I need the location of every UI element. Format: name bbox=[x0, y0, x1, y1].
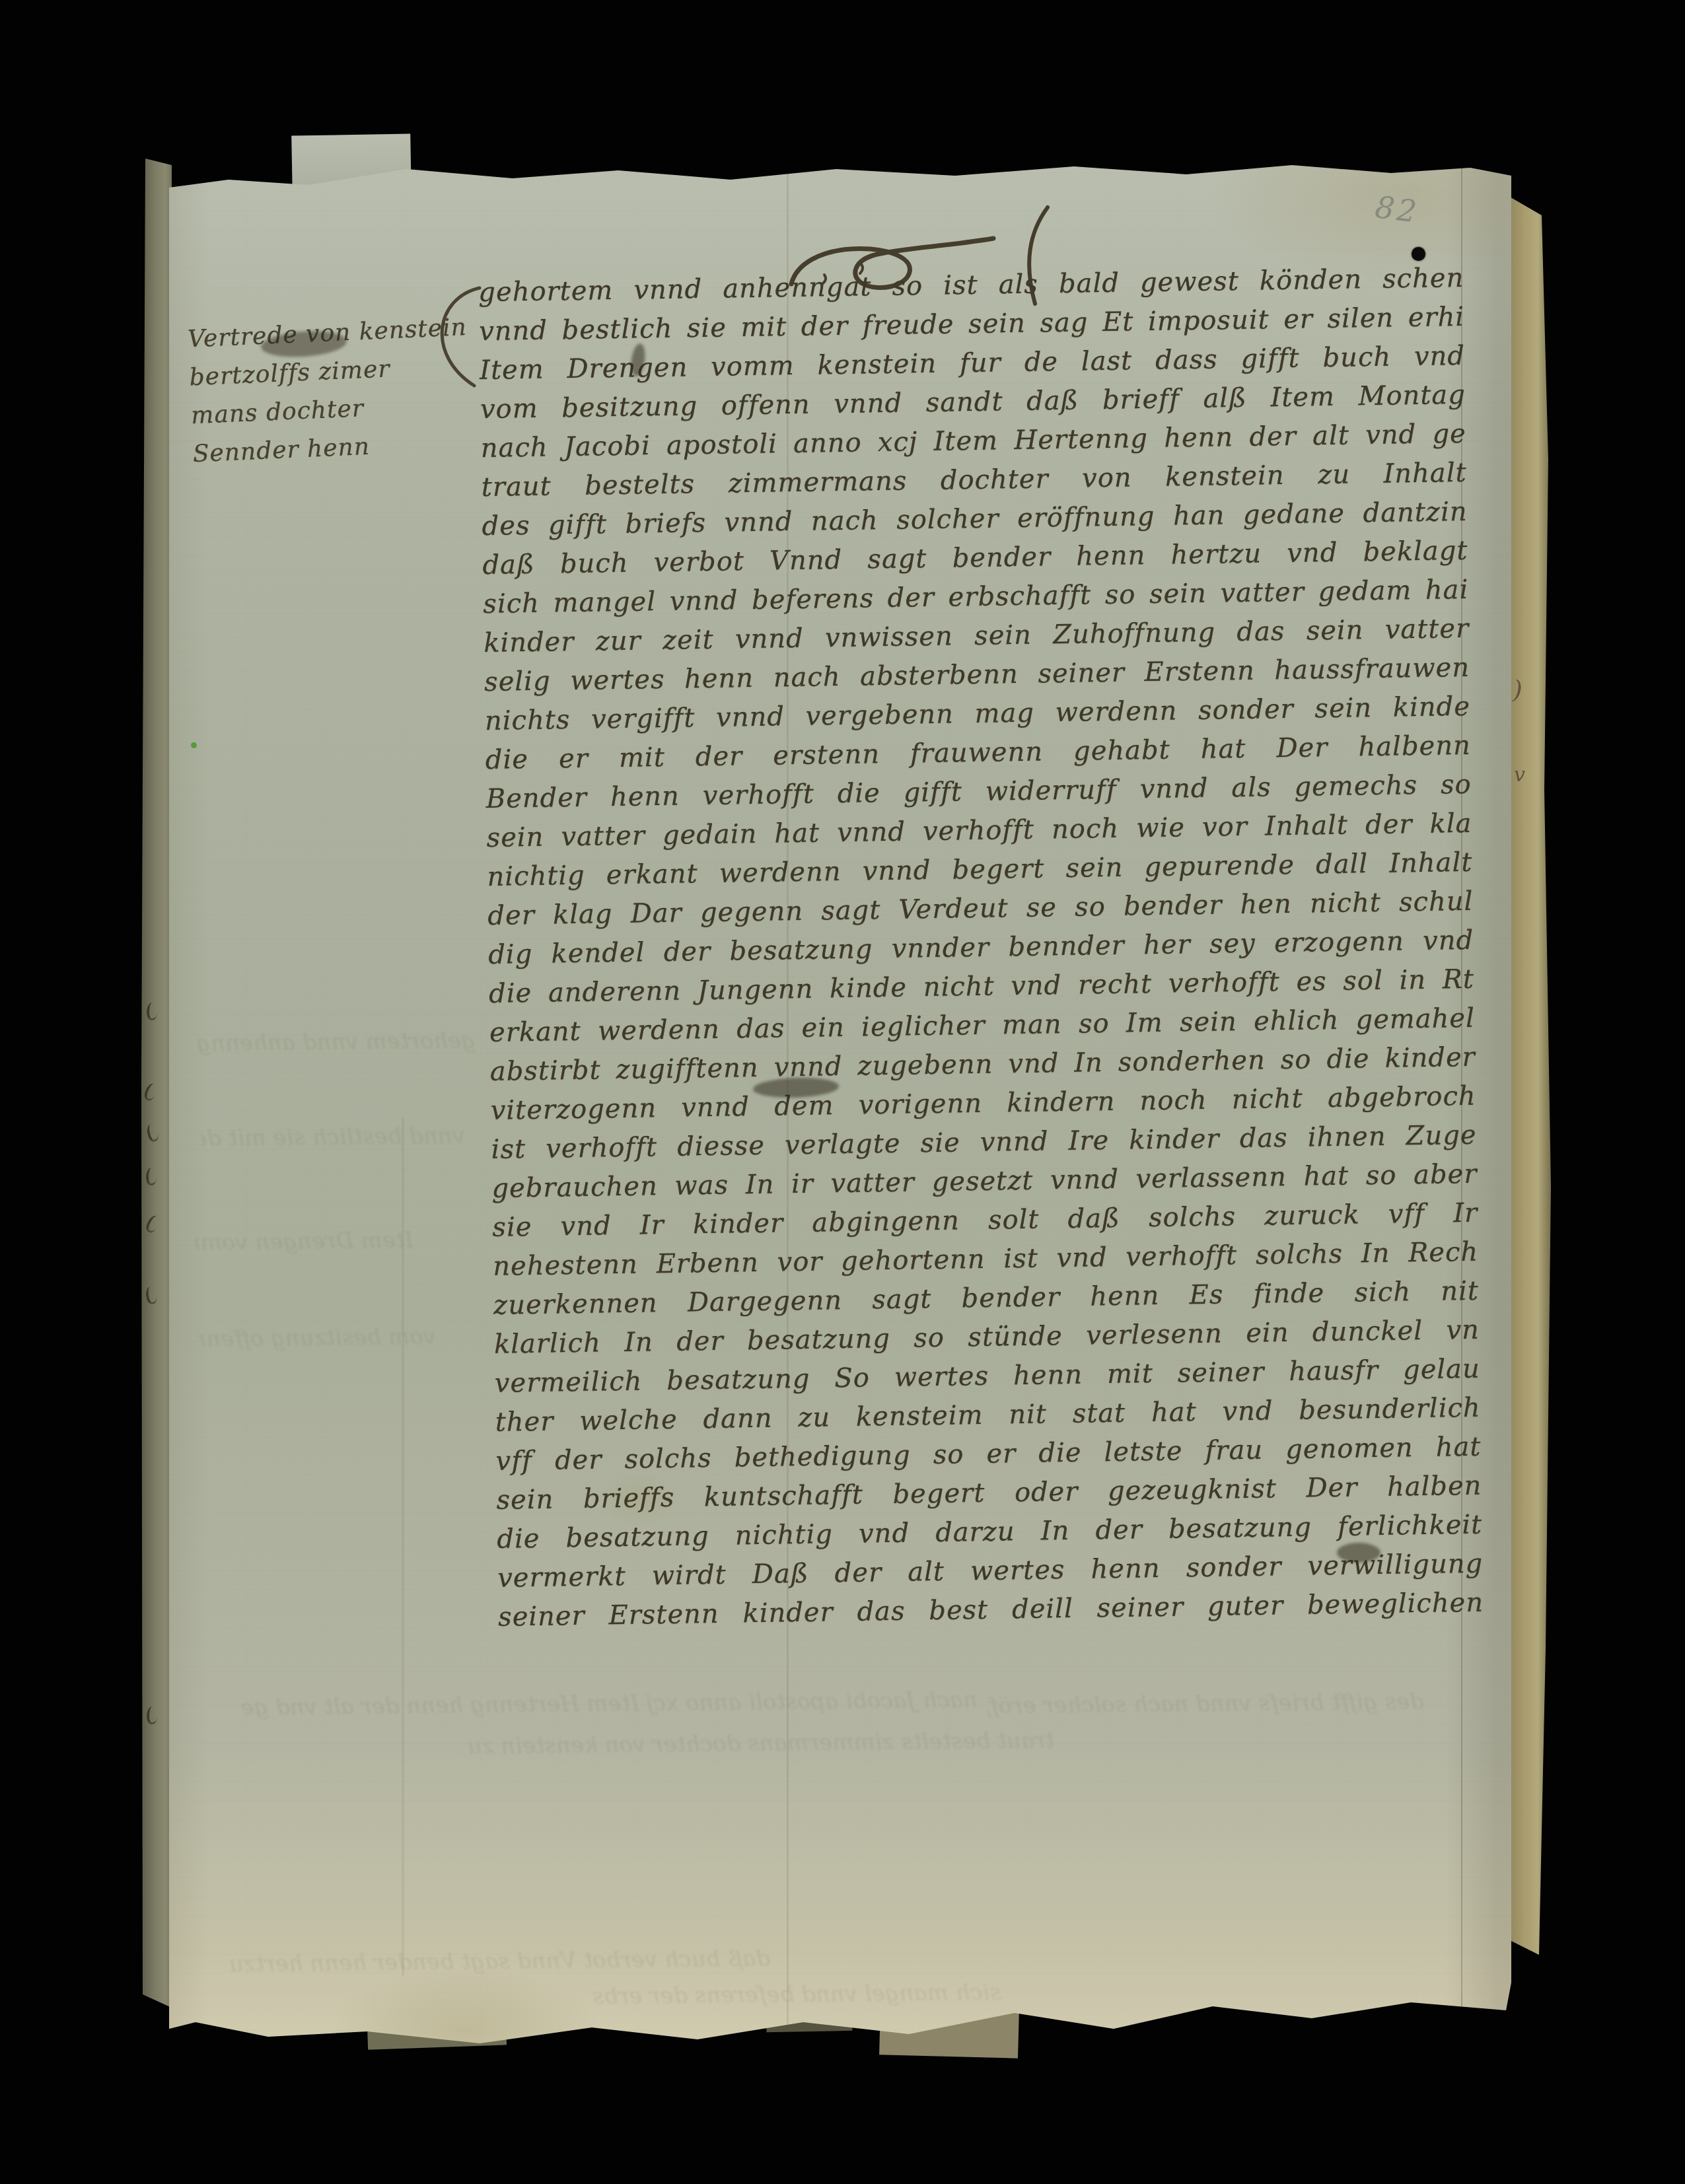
edge-ink-mark bbox=[145, 1123, 160, 1143]
bleedthrough-mark: Item Drengen vomm kenstein fur de last d… bbox=[196, 1227, 413, 1259]
manuscript-page: 82 Vertrede von kensteinbertzolffs zimer… bbox=[169, 153, 1511, 2050]
right-margin-paren-mark: ) bbox=[1513, 675, 1523, 704]
bleedthrough-mark: vnnd bestlich sie mit der freude sein sa… bbox=[201, 1123, 465, 1156]
edge-ink-mark bbox=[143, 1082, 159, 1102]
bleedthrough-mark: daß buch verbot Vnnd sagt bender henn he… bbox=[229, 1946, 770, 1982]
edge-ink-mark bbox=[146, 1168, 157, 1185]
right-margin-v-mark: v bbox=[1514, 763, 1525, 787]
bleedthrough-mark: traut bestelts zimmermans dochter von ke… bbox=[460, 1727, 1054, 1763]
green-speck bbox=[191, 742, 197, 748]
body-text: gehortem vnnd anhenngat so ist als bald … bbox=[478, 260, 1484, 1638]
edge-ink-mark bbox=[145, 1286, 158, 1305]
page-stack-edge bbox=[1507, 195, 1551, 1955]
bleedthrough-mark: vom besitzung offenn vnnd sandt daß brie… bbox=[198, 1323, 436, 1356]
edge-ink-mark bbox=[147, 1707, 157, 1724]
ink-dot bbox=[1412, 247, 1425, 261]
page-number: 82 bbox=[1373, 189, 1421, 230]
bleedthrough-mark: sich mangel vnnd beferens der erbschafft… bbox=[592, 1979, 1001, 2014]
photo-background: ) v 82 Vertrede von kensteinbertzolffs z… bbox=[0, 0, 1685, 2184]
edge-ink-mark bbox=[147, 1003, 157, 1020]
ink-smudge bbox=[1337, 1543, 1380, 1563]
bleedthrough-mark: nach Jacobi apostoli anno xcj Item Herte… bbox=[218, 1687, 978, 1725]
previous-page-edge bbox=[141, 159, 172, 2008]
bleedthrough-mark: gehortem vnnd anhenngat so ist als bald … bbox=[198, 1028, 476, 1061]
edge-ink-mark bbox=[144, 1214, 161, 1234]
bleedthrough-mark: des gifft briefs vnnd nach solcher eröff… bbox=[988, 1689, 1424, 1724]
